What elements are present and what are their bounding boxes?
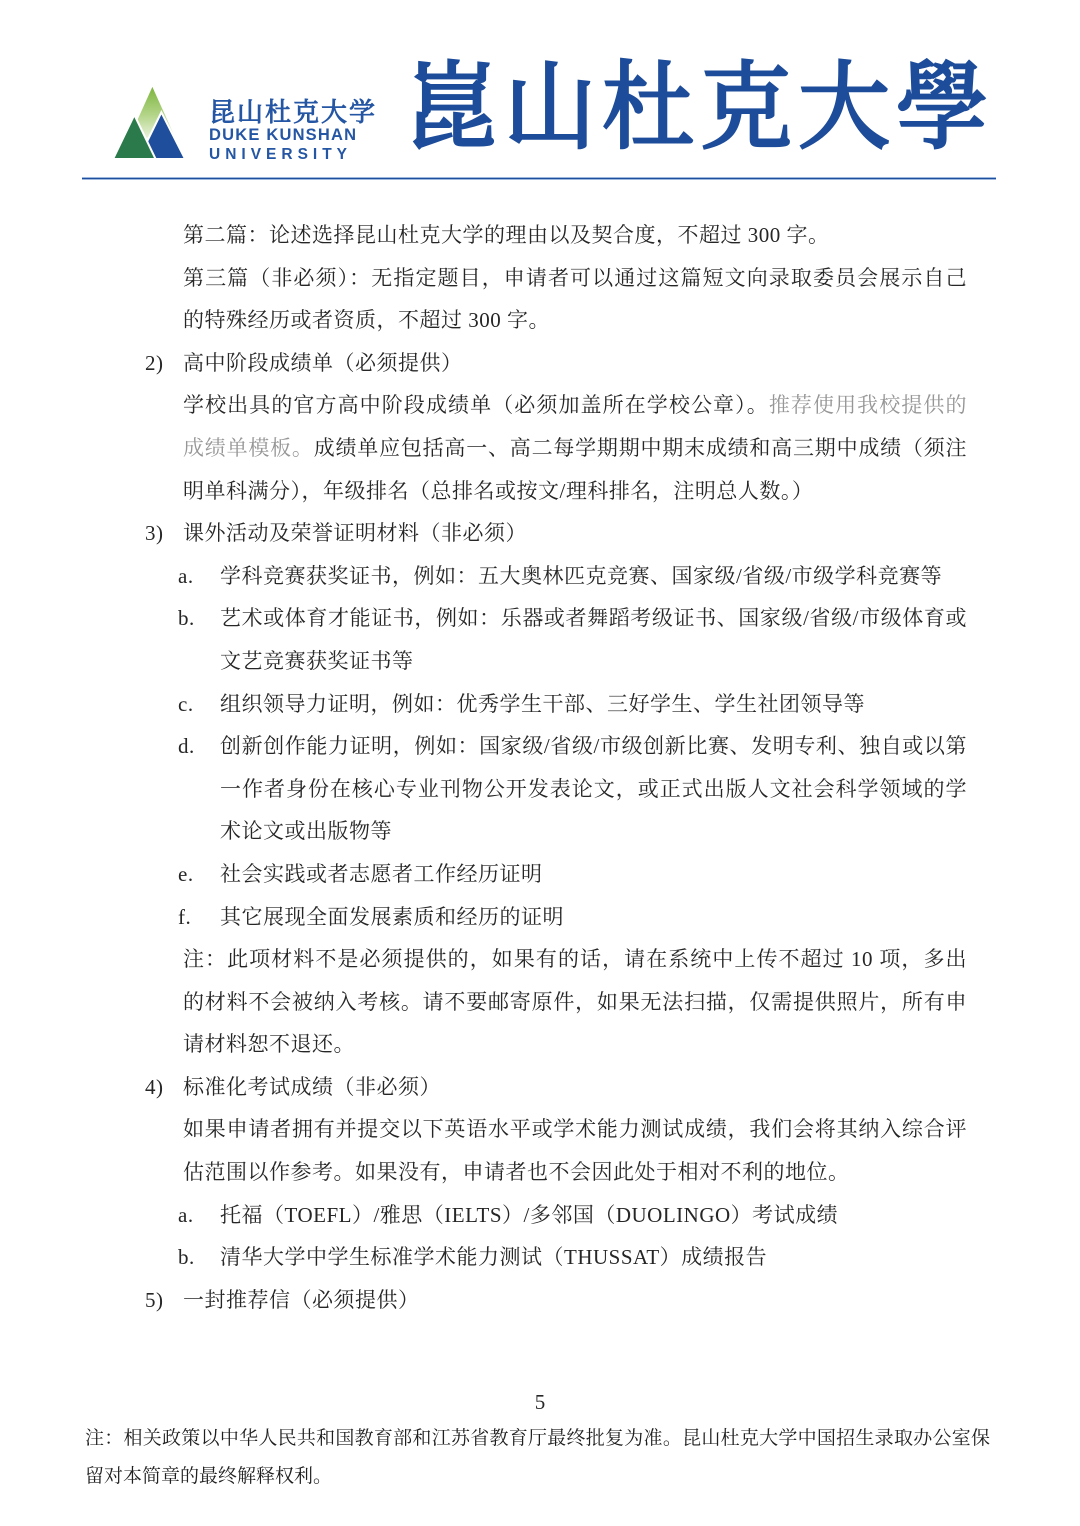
paragraph-text: 标准化考试成绩（非必须）	[183, 1066, 967, 1109]
paragraph-text: 学校出具的官方高中阶段成绩单（必须加盖所在学校公章）。推荐使用我校提供的成绩单模…	[183, 384, 967, 512]
document-page: 昆山杜克大学 DUKE KUNSHAN UNIVERSITY 崑山杜克大學 第二…	[0, 0, 1080, 1526]
list-item: d.创新创作能力证明，例如：国家级/省级/市级创新比赛、发明专利、独自或以第一作…	[145, 725, 967, 853]
list-item: a.学科竞赛获奖证书，例如：五大奥林匹克竞赛、国家级/省级/市级学科竞赛等	[145, 555, 967, 598]
paragraph-text: 托福（TOEFL）/雅思（IELTS）/多邻国（DUOLINGO）考试成绩	[220, 1194, 967, 1237]
paragraph-text: 社会实践或者志愿者工作经历证明	[220, 853, 967, 896]
list-marker: f.	[178, 896, 220, 939]
list-marker: d.	[178, 725, 220, 768]
list-item: 3)课外活动及荣誉证明材料（非必须）	[145, 512, 967, 555]
paragraph-text: 注：此项材料不是必须提供的，如果有的话，请在系统中上传不超过 10 项，多出的材…	[183, 938, 967, 1066]
logo-wordmark: 昆山杜克大学 DUKE KUNSHAN UNIVERSITY	[209, 98, 377, 166]
logo-english-name-line2: UNIVERSITY	[209, 145, 377, 164]
paragraph-text: 第二篇：论述选择昆山杜克大学的理由以及契合度，不超过 300 字。	[183, 214, 967, 257]
list-marker: c.	[178, 683, 220, 726]
paragraph: 如果申请者拥有并提交以下英语水平或学术能力测试成绩，我们会将其纳入综合评估范围以…	[145, 1108, 967, 1193]
paragraph-text: 清华大学中学生标准学术能力测试（THUSSAT）成绩报告	[220, 1236, 967, 1279]
page-header: 昆山杜克大学 DUKE KUNSHAN UNIVERSITY 崑山杜克大學	[0, 0, 1080, 182]
paragraph: 第三篇（非必须）：无指定题目，申请者可以通过这篇短文向录取委员会展示自己的特殊经…	[145, 257, 967, 342]
list-item: 4)标准化考试成绩（非必须）	[145, 1066, 967, 1109]
paragraph-text: 高中阶段成绩单（必须提供）	[183, 342, 967, 385]
paragraph-text: 如果申请者拥有并提交以下英语水平或学术能力测试成绩，我们会将其纳入综合评估范围以…	[183, 1108, 967, 1193]
list-marker: b.	[178, 597, 220, 640]
paragraph: 学校出具的官方高中阶段成绩单（必须加盖所在学校公章）。推荐使用我校提供的成绩单模…	[145, 384, 967, 512]
paragraph: 第二篇：论述选择昆山杜克大学的理由以及契合度，不超过 300 字。	[145, 214, 967, 257]
paragraph-text: 创新创作能力证明，例如：国家级/省级/市级创新比赛、发明专利、独自或以第一作者身…	[220, 725, 967, 853]
list-marker: b.	[178, 1236, 220, 1279]
list-item: b.艺术或体育才能证书，例如：乐器或者舞蹈考级证书、国家级/省级/市级体育或文艺…	[145, 597, 967, 682]
mountain-logo-icon	[113, 80, 195, 166]
footer-note: 注：相关政策以中华人民共和国教育部和江苏省教育厅最终批复为准。昆山杜克大学中国招…	[85, 1420, 990, 1496]
calligraphy-title: 崑山杜克大學	[406, 46, 994, 171]
list-marker: a.	[178, 1194, 220, 1237]
paragraph-text: 其它展现全面发展素质和经历的证明	[220, 896, 967, 939]
list-item: b.清华大学中学生标准学术能力测试（THUSSAT）成绩报告	[145, 1236, 967, 1279]
list-item: 2)高中阶段成绩单（必须提供）	[145, 342, 967, 385]
logo-english-name-line1: DUKE KUNSHAN	[209, 126, 377, 145]
paragraph-text: 学科竞赛获奖证书，例如：五大奥林匹克竞赛、国家级/省级/市级学科竞赛等	[220, 555, 967, 598]
list-marker: a.	[178, 555, 220, 598]
list-marker: e.	[178, 853, 220, 896]
page-number: 5	[0, 1390, 1080, 1415]
paragraph-text: 艺术或体育才能证书，例如：乐器或者舞蹈考级证书、国家级/省级/市级体育或文艺竞赛…	[220, 597, 967, 682]
university-logo: 昆山杜克大学 DUKE KUNSHAN UNIVERSITY	[113, 80, 377, 166]
header-divider	[82, 177, 996, 180]
paragraph: 注：此项材料不是必须提供的，如果有的话，请在系统中上传不超过 10 项，多出的材…	[145, 938, 967, 1066]
logo-chinese-name: 昆山杜克大学	[209, 98, 377, 126]
list-item: e.社会实践或者志愿者工作经历证明	[145, 853, 967, 896]
list-marker: 2)	[145, 342, 183, 385]
list-item: 5)一封推荐信（必须提供）	[145, 1279, 967, 1322]
list-item: a.托福（TOEFL）/雅思（IELTS）/多邻国（DUOLINGO）考试成绩	[145, 1194, 967, 1237]
paragraph-text: 组织领导力证明，例如：优秀学生干部、三好学生、学生社团领导等	[220, 683, 967, 726]
list-marker: 4)	[145, 1066, 183, 1109]
paragraph-text: 第三篇（非必须）：无指定题目，申请者可以通过这篇短文向录取委员会展示自己的特殊经…	[183, 257, 967, 342]
document-body: 第二篇：论述选择昆山杜克大学的理由以及契合度，不超过 300 字。第三篇（非必须…	[145, 214, 967, 1321]
list-marker: 3)	[145, 512, 183, 555]
list-item: c.组织领导力证明，例如：优秀学生干部、三好学生、学生社团领导等	[145, 683, 967, 726]
list-item: f.其它展现全面发展素质和经历的证明	[145, 896, 967, 939]
paragraph-text: 课外活动及荣誉证明材料（非必须）	[183, 512, 967, 555]
list-marker: 5)	[145, 1279, 183, 1322]
paragraph-text: 一封推荐信（必须提供）	[183, 1279, 967, 1322]
